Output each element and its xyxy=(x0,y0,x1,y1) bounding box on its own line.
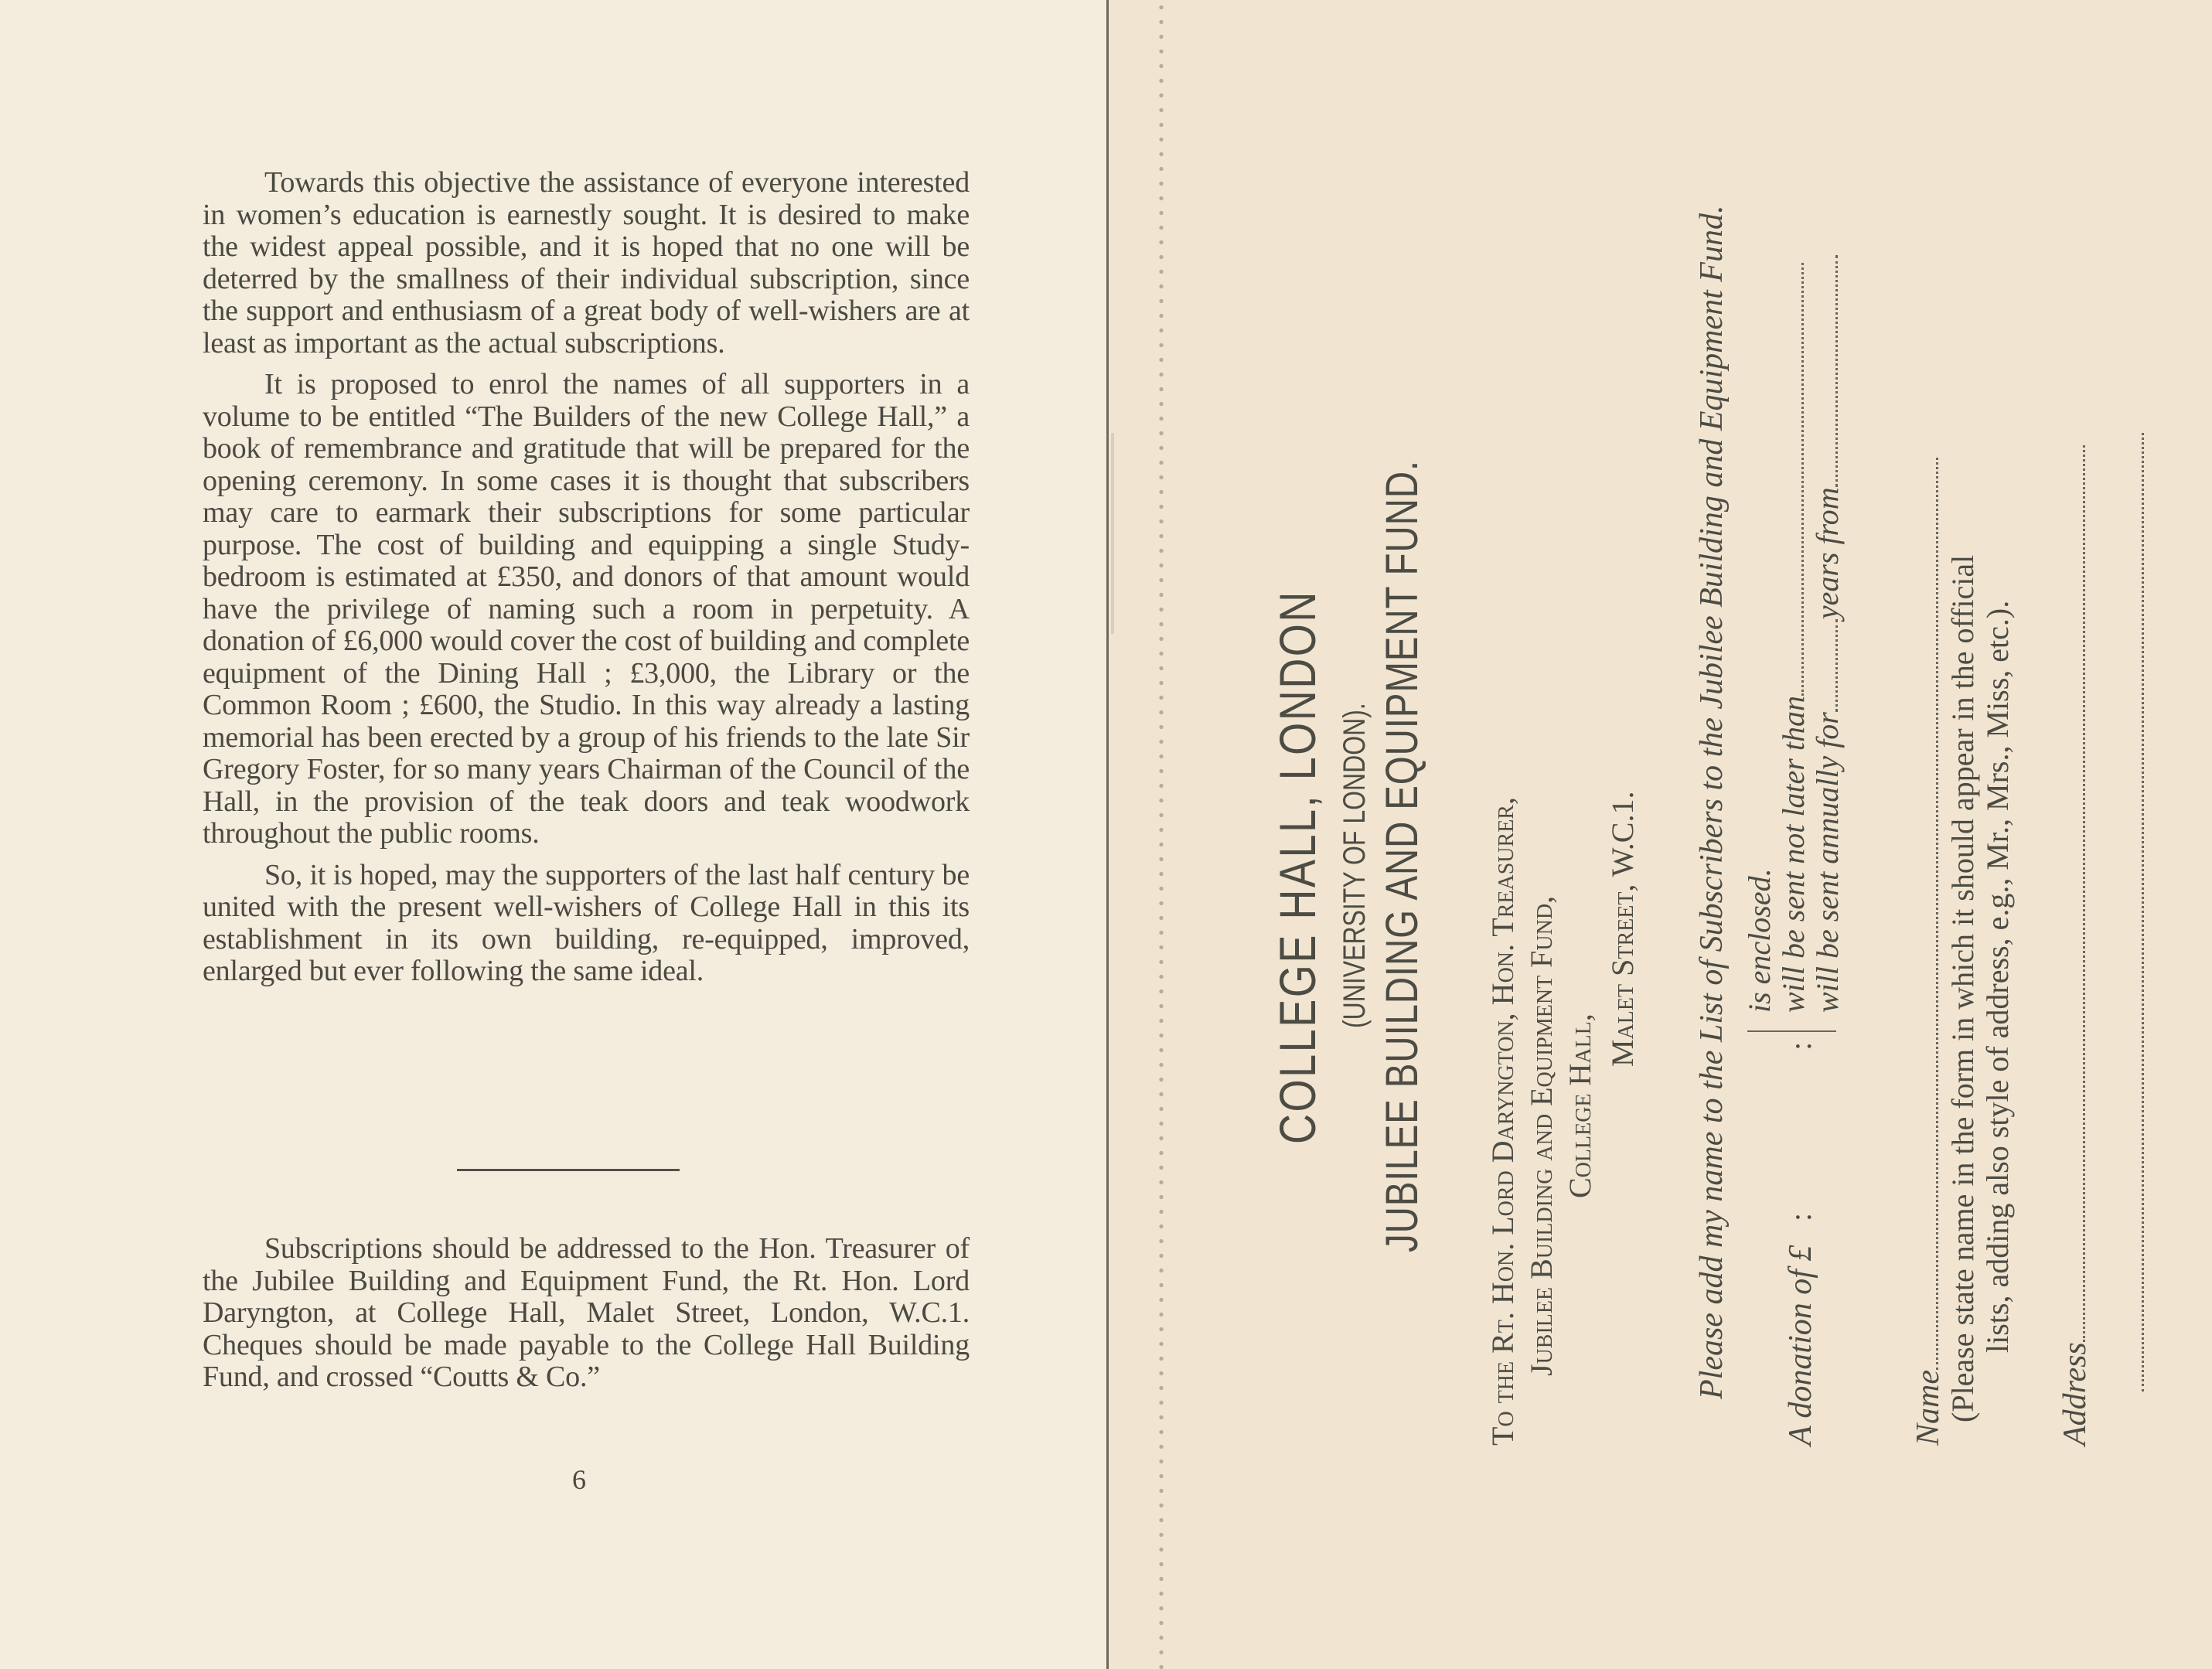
option-annually-label: will be sent annually for xyxy=(1810,712,1845,1013)
option-annually[interactable]: will be sent annually foryears from xyxy=(1809,255,1846,1013)
paragraph-supporters: So, it is hoped, may the supporters of t… xyxy=(203,860,970,988)
paragraph-builders-volume: It is proposed to enrol the names of all… xyxy=(203,369,970,850)
section-divider xyxy=(457,1169,680,1171)
name-blank[interactable] xyxy=(1936,458,1938,1370)
option-sent-later[interactable]: will be sent not later than xyxy=(1775,263,1812,1013)
subscription-form: COLLEGE HALL, LONDON (UNIVERSITY OF LOND… xyxy=(1222,100,2149,1507)
address-line-3: College Hall, xyxy=(1562,1013,1598,1198)
address-label: Address xyxy=(2057,1342,2093,1446)
sent-later-blank[interactable] xyxy=(1801,263,1804,696)
page-number: 6 xyxy=(572,1463,586,1496)
name-label: Name xyxy=(1910,1370,1946,1446)
address-line-2: Jubilee Building and Equipment Fund, xyxy=(1523,896,1559,1376)
address-line-1: To the Rt. Hon. Lord Daryngton, Hon. Tre… xyxy=(1484,797,1521,1446)
form-subtitle: (UNIVERSITY OF LONDON). xyxy=(1338,703,1372,1028)
appeal-text: Towards this objective the assistance of… xyxy=(203,167,970,997)
fund-title: JUBILEE BUILDING AND EQUIPMENT FUND. xyxy=(1376,460,1428,1252)
subscriber-request: Please add my name to the List of Subscr… xyxy=(1693,206,1730,1399)
page-crease xyxy=(1111,433,1114,634)
paragraph-objective: Towards this objective the assistance of… xyxy=(203,167,970,359)
donation-label: A donation of £ xyxy=(1783,1245,1818,1446)
donation-field[interactable]: A donation of £ xyxy=(1782,1245,1819,1446)
from-blank[interactable] xyxy=(1835,255,1838,487)
address-field[interactable]: Address xyxy=(2057,445,2094,1446)
address-line-4: Malet Street, W.C.1. xyxy=(1604,792,1641,1067)
brace-icon xyxy=(1747,1020,1836,1032)
left-page: Towards this objective the assistance of… xyxy=(0,0,1111,1669)
paragraph-subscriptions: Subscriptions should be addressed to the… xyxy=(203,1233,970,1394)
address-blank-line-2[interactable] xyxy=(2142,433,2144,1391)
name-hint-line-1: (Please state name in the form in which … xyxy=(1944,555,1981,1422)
subscriptions-note: Subscriptions should be addressed to the… xyxy=(203,1233,970,1403)
form-title: COLLEGE HALL, LONDON xyxy=(1268,590,1327,1144)
address-blank[interactable] xyxy=(2083,445,2085,1342)
perforation-line[interactable] xyxy=(1157,0,1165,1669)
years-blank[interactable] xyxy=(1835,619,1838,712)
years-from-label: years from xyxy=(1810,487,1845,619)
name-field[interactable]: Name xyxy=(1910,458,1947,1446)
option-enclosed: is enclosed. xyxy=(1741,868,1777,1013)
name-hint-line-2: lists, adding also style of address, e.g… xyxy=(1979,601,2016,1353)
option-sent-later-label: will be sent not later than xyxy=(1776,696,1811,1013)
